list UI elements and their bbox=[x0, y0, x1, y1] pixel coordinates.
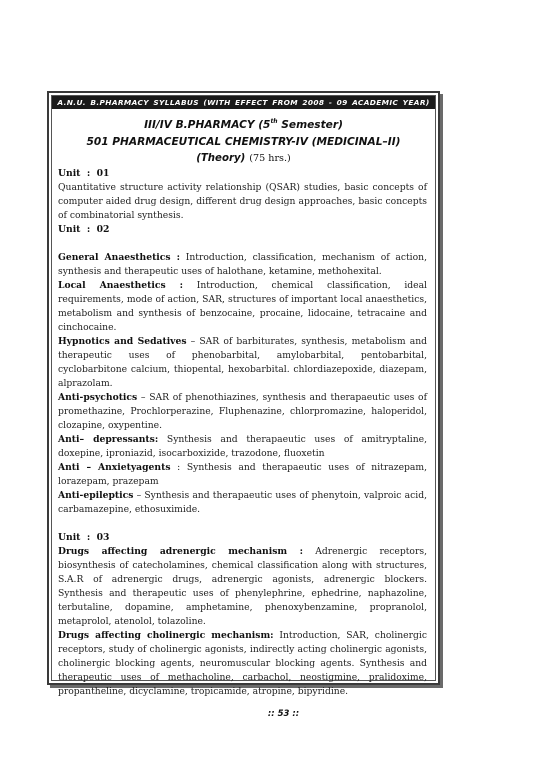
theory-hours: (Theory)(75 hrs.) bbox=[52, 151, 435, 167]
spacer bbox=[58, 517, 427, 531]
ordinal-suffix: th bbox=[270, 118, 277, 125]
topic-term: Drugs affecting adrenergic mechanism : bbox=[58, 546, 303, 557]
page-frame: A.N.U. B.PHARMACY SYLLABUS (WITH EFFECT … bbox=[47, 91, 440, 685]
subject-title: 501 PHARMACEUTICAL CHEMISTRY-IV (MEDICIN… bbox=[52, 134, 435, 151]
topic-paragraph: Local Anaesthetics : Introduction, chemi… bbox=[58, 279, 427, 335]
topic-paragraph: Anti-epileptics – Synthesis and therapae… bbox=[58, 489, 427, 517]
page-number: :: 53 :: bbox=[52, 709, 435, 719]
topic-term: General Anaesthetics : bbox=[58, 252, 180, 263]
unit-heading: Unit : 03 bbox=[58, 531, 427, 545]
topic-paragraph: Anti-psychotics – SAR of phenothiazines,… bbox=[58, 391, 427, 433]
topic-term: Anti-psychotics bbox=[58, 392, 137, 403]
theory-label: (Theory) bbox=[196, 153, 245, 164]
topic-description: Adrenergic receptors, biosynthesis of ca… bbox=[58, 546, 427, 627]
topic-term: Drugs affecting cholinergic mechanism: bbox=[58, 630, 274, 641]
spacer bbox=[58, 237, 427, 251]
topic-term: Hypnotics and Sedatives bbox=[58, 336, 187, 347]
syllabus-header-band: A.N.U. B.PHARMACY SYLLABUS (WITH EFFECT … bbox=[52, 96, 435, 109]
topic-paragraph: Hypnotics and Sedatives – SAR of barbitu… bbox=[58, 335, 427, 391]
topic-term: Anti – Anxietyagents bbox=[58, 462, 171, 473]
course-year-title: III/IV B.PHARMACY (5th Semester) bbox=[52, 113, 435, 134]
page-content: A.N.U. B.PHARMACY SYLLABUS (WITH EFFECT … bbox=[51, 95, 436, 681]
topic-paragraph: Anti– depressants: Synthesis and therapa… bbox=[58, 433, 427, 461]
unit-heading: Unit : 02 bbox=[58, 223, 427, 237]
semester-text: Semester) bbox=[278, 119, 343, 131]
topic-paragraph: Quantitative structure activity relation… bbox=[58, 181, 427, 223]
unit-heading: Unit : 01 bbox=[58, 167, 427, 181]
topic-term: Local Anaesthetics : bbox=[58, 280, 183, 291]
topic-term: Anti-epileptics bbox=[58, 490, 133, 501]
syllabus-body: Unit : 01Quantitative structure activity… bbox=[52, 167, 435, 699]
topic-paragraph: Anti – Anxietyagents : Synthesis and the… bbox=[58, 461, 427, 489]
topic-paragraph: Drugs affecting adrenergic mechanism : A… bbox=[58, 545, 427, 629]
topic-paragraph: General Anaesthetics : Introduction, cla… bbox=[58, 251, 427, 279]
topic-paragraph: Drugs affecting cholinergic mechanism: I… bbox=[58, 629, 427, 699]
hours-label: (75 hrs.) bbox=[249, 153, 290, 164]
topic-description: Quantitative structure activity relation… bbox=[58, 182, 427, 221]
year-text: III/IV B.PHARMACY (5 bbox=[144, 119, 270, 131]
topic-term: Anti– depressants: bbox=[58, 434, 158, 445]
